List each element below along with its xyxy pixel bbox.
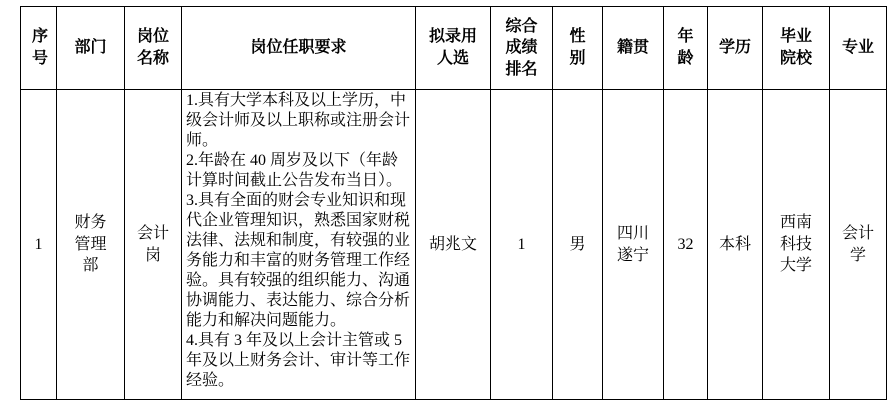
cell-index: 1 (21, 90, 57, 400)
cell-school: 西南科技大学 (763, 90, 830, 400)
header-position-name: 岗位名称 (125, 7, 182, 90)
cell-education: 本科 (708, 90, 763, 400)
cell-major: 会计学 (830, 90, 887, 400)
header-requirements: 岗位任职要求 (182, 7, 416, 90)
recruitment-table: 序号 部门 岗位名称 岗位任职要求 拟录用人选 综合成绩排名 性别 籍贯 年龄 … (20, 6, 887, 400)
header-gender: 性别 (553, 7, 603, 90)
page: 序号 部门 岗位名称 岗位任职要求 拟录用人选 综合成绩排名 性别 籍贯 年龄 … (0, 0, 896, 408)
cell-candidate: 胡兆文 (416, 90, 491, 400)
header-education: 学历 (708, 7, 763, 90)
cell-native-place: 四川遂宁 (603, 90, 664, 400)
cell-gender: 男 (553, 90, 603, 400)
cell-position-name: 会计岗 (125, 90, 182, 400)
table-row: 1 财务管理部 会计岗 1.具有大学本科及以上学历，中级会计师及以上职称或注册会… (21, 90, 887, 400)
cell-score-rank: 1 (491, 90, 553, 400)
cell-department: 财务管理部 (57, 90, 125, 400)
cell-requirements: 1.具有大学本科及以上学历，中级会计师及以上职称或注册会计师。 2.年龄在 40… (182, 90, 416, 400)
header-native-place: 籍贯 (603, 7, 664, 90)
header-major: 专业 (830, 7, 887, 90)
header-age: 年龄 (664, 7, 708, 90)
header-school: 毕业院校 (763, 7, 830, 90)
header-department: 部门 (57, 7, 125, 90)
header-candidate: 拟录用人选 (416, 7, 491, 90)
header-score-rank: 综合成绩排名 (491, 7, 553, 90)
cell-age: 32 (664, 90, 708, 400)
header-index: 序号 (21, 7, 57, 90)
table-header-row: 序号 部门 岗位名称 岗位任职要求 拟录用人选 综合成绩排名 性别 籍贯 年龄 … (21, 7, 887, 90)
